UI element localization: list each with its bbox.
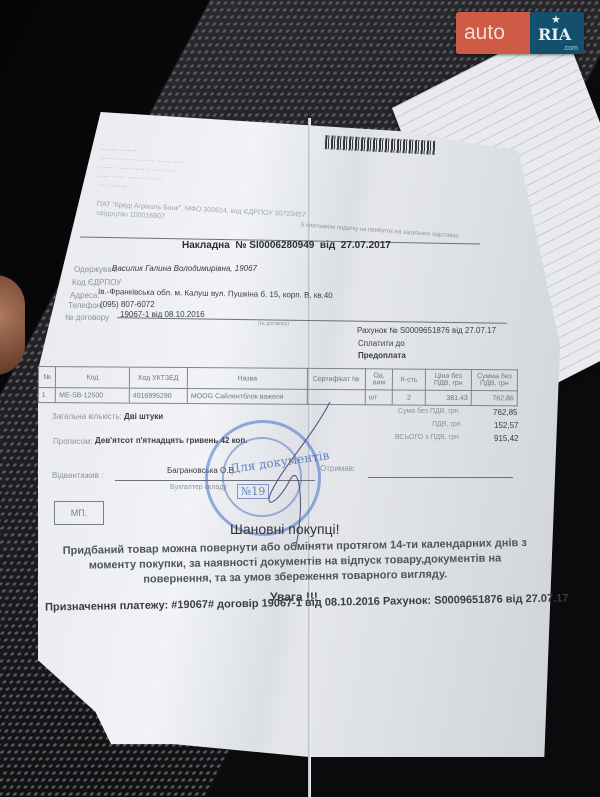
document-title: Накладна № SI0006280949 від 27.07.2017 <box>182 240 391 251</box>
total-value: 915,42 <box>494 434 518 443</box>
received-underline <box>368 477 513 478</box>
col-header: Код УКТЗЕД <box>129 367 187 388</box>
col-header: Сертифікат № <box>307 368 365 389</box>
cell-sum: 762,86 <box>471 391 517 406</box>
logo-ria-text: RIA <box>538 25 571 44</box>
cell-unit: шт <box>365 390 393 405</box>
header-note: З платником податку на прибуток на загал… <box>300 222 459 239</box>
qty-label: Загальна кількість: <box>52 412 122 421</box>
address-label: Адреса: <box>70 291 100 300</box>
vat-value: 152,57 <box>494 421 518 430</box>
return-policy-notice: Придбаний товар можна повернути або обмі… <box>60 536 531 589</box>
col-header: Назва <box>187 368 307 390</box>
logo-auto: auto <box>456 12 530 54</box>
title-text: Накладна <box>182 240 230 251</box>
col-header: № <box>38 367 56 388</box>
pay-by-label: Сплатити до <box>358 339 405 348</box>
phone-label: Телефон: <box>68 301 103 310</box>
invoice-document: ········ ········ ····· ····· ······ ···… <box>0 0 600 797</box>
vat-label: ПДВ, грн <box>432 421 461 428</box>
edrpou-label: Код ЄДРПОУ <box>72 278 121 287</box>
cell-price: 381,43 <box>425 390 471 405</box>
contract-underline <box>117 317 507 323</box>
qty-value: Дві штуки <box>124 412 163 421</box>
number-label: № <box>235 240 246 251</box>
shipped-label: Відвантажив : <box>52 471 103 480</box>
col-header: К-сть <box>393 369 426 390</box>
notice-title: Шановні покупці! <box>230 521 340 537</box>
invoice-reference: Рахунок № S0009651876 від 27.07.17 <box>357 326 496 335</box>
logo-ria: ★ RIA .com <box>530 12 584 54</box>
pay-by-value: Предоплата <box>358 351 406 360</box>
words-label: Прописом: <box>53 437 93 446</box>
buyer-name: Василик Галина Володимирівна, 19067 <box>112 264 257 273</box>
cell-uktzed: 4016995290 <box>129 388 187 403</box>
col-header: Код <box>56 367 130 389</box>
seal-box: МП. <box>54 501 104 525</box>
barcode <box>325 135 436 155</box>
invoice-date: 27.07.2017 <box>341 240 391 251</box>
date-prefix: від <box>320 240 335 251</box>
contract-caption: (№ договору) <box>258 321 289 327</box>
subtotal-value: 762,85 <box>493 408 517 417</box>
seal-label: МП. <box>71 508 87 518</box>
address-value: Ів.-Франківська обл. м. Калуш вул. Пушкі… <box>98 287 333 300</box>
cell-qty: 2 <box>393 390 426 405</box>
col-header: Од. вим <box>365 369 393 390</box>
subtotal-label: Сума без ПДВ, грн <box>398 408 459 415</box>
cell-code: ME-SB-12500 <box>56 388 130 404</box>
logo-com: .com <box>563 45 578 52</box>
supplier-header: ········ ········ ····· ····· ······ ···… <box>96 145 359 232</box>
invoice-number: SI0006280949 <box>249 240 314 251</box>
autoria-watermark: auto ★ RIA .com <box>456 12 584 54</box>
cell-index: 1 <box>38 388 55 403</box>
contract-label: № договору <box>65 313 109 322</box>
col-header: Ціна без ПДВ, грн <box>425 369 471 390</box>
col-header: Сумма без ПДВ, грн <box>471 370 517 391</box>
total-label: ВСЬОГО з ПДВ, грн <box>395 434 459 441</box>
phone-value: (095) 807-6072 <box>100 300 155 309</box>
